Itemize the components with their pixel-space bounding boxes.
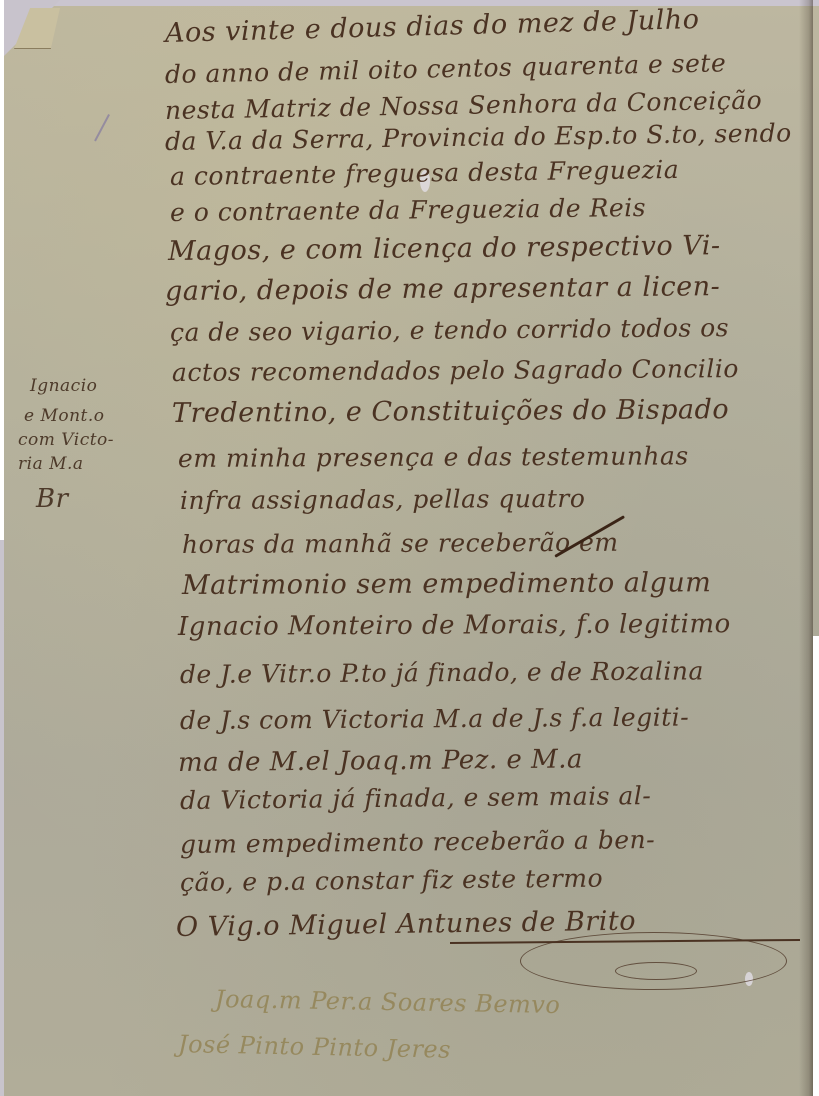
document-scan: Ignacio e Mont.o com Victo- ria M.a Br A… bbox=[0, 0, 819, 1096]
priest-signature: O Vig.o Miguel Antunes de Brito bbox=[176, 906, 636, 943]
margin-note-line: Br bbox=[36, 484, 69, 514]
record-line: Magos, e com licença do respectivo Vi- bbox=[168, 230, 721, 267]
witness-signature: Joaq.m Per.a Soares Bemvo bbox=[215, 985, 561, 1019]
record-line: ção, e p.a constar fiz este termo bbox=[180, 864, 603, 897]
record-line: ma de M.el Joaq.m Pez. e M.a bbox=[178, 744, 583, 778]
record-line: gum empedimento receberão a ben- bbox=[180, 825, 655, 859]
record-line: e o contraente da Freguezia de Reis bbox=[170, 193, 646, 227]
record-line: Matrimonio sem empedimento algum bbox=[182, 567, 711, 601]
record-line: de J.e Vitr.o P.to já finado, e de Rozal… bbox=[180, 656, 704, 689]
binding-shadow bbox=[799, 0, 813, 1096]
record-line: actos recomendados pelo Sagrado Concilio bbox=[172, 354, 739, 387]
margin-note-line: e Mont.o bbox=[24, 406, 105, 426]
record-line: Tredentino, e Constituições do Bispado bbox=[172, 394, 729, 429]
signature-flourish bbox=[520, 932, 787, 990]
record-line: infra assignadas, pellas quatro bbox=[180, 484, 586, 515]
margin-note-line: Ignacio bbox=[30, 376, 97, 396]
margin-note-line: com Victo- bbox=[18, 430, 114, 450]
record-line: em minha presença e das testemunhas bbox=[178, 441, 689, 473]
signature-flourish-inner bbox=[615, 962, 697, 980]
witness-signature: José Pinto Pinto Jeres bbox=[178, 1030, 452, 1064]
record-line: ça de seo vigario, e tendo corrido todos… bbox=[170, 313, 729, 347]
scan-cutout-right bbox=[813, 636, 819, 1096]
record-line: horas da manhã se receberão em bbox=[182, 528, 619, 559]
record-line: Ignacio Monteiro de Morais, f.o legitimo bbox=[178, 609, 731, 642]
scan-cutout-left bbox=[0, 0, 4, 540]
margin-note-line: ria M.a bbox=[18, 454, 84, 474]
record-line: de J.s com Victoria M.a de J.s f.a legit… bbox=[180, 702, 689, 735]
record-line: da Victoria já finada, e sem mais al- bbox=[180, 781, 652, 815]
record-line: gario, depois de me apresentar a licen- bbox=[165, 271, 720, 307]
